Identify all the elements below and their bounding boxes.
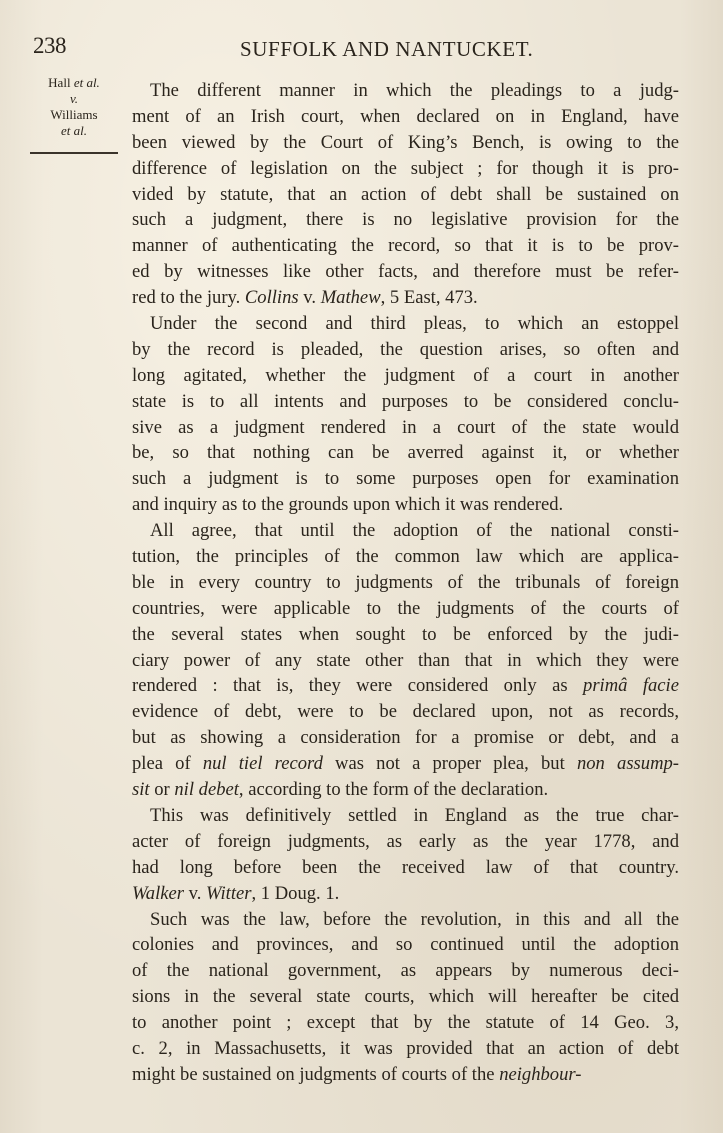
text-run: c. 2, in Massachusetts, it was provided … [132,1038,679,1059]
italic-text: sit [132,779,150,800]
text-run: difference of legislation on the subject… [132,158,679,179]
text-line: vided by statute, that an action of debt… [132,182,679,208]
text-line: had long before been the received law of… [132,855,679,881]
text-run: to another point ; except that by the st… [132,1012,679,1033]
text-line: sions in the several state courts, which… [132,984,679,1010]
text-run: state is to all intents and purposes to … [132,391,679,412]
text-line: red to the jury. Collins v. Mathew, 5 Ea… [132,285,679,311]
text-run: evidence of debt, were to be declared up… [132,701,679,722]
text-run: ble in every country to judgments of the… [132,572,679,593]
text-line: Such was the law, before the revolution,… [132,907,679,933]
text-run: All agree, that until the adoption of th… [150,520,679,541]
case-caption-margin-note: Hall et al. v. Williams et al. [28,75,120,139]
text-line: sit or nil debet, according to the form … [132,777,679,803]
plaintiff-suffix: et al. [74,75,100,90]
page-number: 238 [33,33,66,59]
text-line: ble in every country to judgments of the… [132,570,679,596]
paragraph: Under the second and third pleas, to whi… [132,311,679,518]
text-run: ciary power of any state other than that… [132,650,679,671]
text-line: such a judgment is to some purposes open… [132,466,679,492]
text-line: to another point ; except that by the st… [132,1010,679,1036]
text-line: manner of authenticating the record, so … [132,233,679,259]
italic-text: Witter [206,883,251,904]
margin-divider-rule [30,152,118,154]
text-run: been viewed by the Court of King’s Bench… [132,132,679,153]
text-run: , 5 East, 473. [381,287,478,308]
text-line: might be sustained on judgments of court… [132,1062,679,1088]
text-line: c. 2, in Massachusetts, it was provided … [132,1036,679,1062]
text-line: ed by witnesses like other facts, and th… [132,259,679,285]
text-run: had long before been the received law of… [132,857,679,878]
text-line: sive as a judgment rendered in a court o… [132,415,679,441]
italic-text: Collins [245,287,299,308]
text-line: be, so that nothing can be averred again… [132,440,679,466]
text-run: , according to the form of the declarati… [239,779,548,800]
paragraph: All agree, that until the adoption of th… [132,518,679,803]
italic-text: non assump- [577,753,679,774]
text-line: ciary power of any state other than that… [132,648,679,674]
italic-text: nil debet [174,779,239,800]
text-run: The different manner in which the pleadi… [150,80,679,101]
text-line: and inquiry as to the grounds upon which… [132,492,679,518]
text-run: , 1 Doug. 1. [252,883,340,904]
text-line: been viewed by the Court of King’s Bench… [132,130,679,156]
text-run: manner of authenticating the record, so … [132,235,679,256]
text-line: acter of foreign judgments, as early as … [132,829,679,855]
text-run: or [150,779,175,800]
text-run: of the national government, as appears b… [132,960,679,981]
plaintiff-name: Hall [48,75,70,90]
text-run: be, so that nothing can be averred again… [132,442,679,463]
text-run: sive as a judgment rendered in a court o… [132,417,679,438]
defendant-name: Williams [28,107,120,123]
text-line: The different manner in which the pleadi… [132,78,679,104]
text-line: of the national government, as appears b… [132,958,679,984]
text-line: countries, were applicable to the judgme… [132,596,679,622]
text-run: v. [299,287,321,308]
italic-text: neighbour- [499,1064,581,1085]
text-run: countries, were applicable to the judgme… [132,598,679,619]
text-run: red to the jury. [132,287,245,308]
text-run: rendered : that is, they were considered… [132,675,583,696]
italic-text: nul tiel record [203,753,323,774]
text-run: sions in the several state courts, which… [132,986,679,1007]
case-plaintiff: Hall et al. [28,75,120,91]
italic-text: Walker [132,883,184,904]
text-run: Under the second and third pleas, to whi… [150,313,679,334]
text-line: ment of an Irish court, when declared on… [132,104,679,130]
text-run: might be sustained on judgments of court… [132,1064,499,1085]
text-line: tution, the principles of the common law… [132,544,679,570]
case-versus: v. [28,91,120,107]
text-line: but as showing a consideration for a pro… [132,725,679,751]
paragraph: This was definitively settled in England… [132,803,679,907]
paragraph: The different manner in which the pleadi… [132,78,679,311]
text-line: evidence of debt, were to be declared up… [132,699,679,725]
text-run: plea of [132,753,203,774]
text-run: but as showing a consideration for a pro… [132,727,679,748]
italic-text: Mathew [321,287,381,308]
italic-text: primâ facie [583,675,679,696]
text-run: ed by witnesses like other facts, and th… [132,261,679,282]
text-run: ment of an Irish court, when declared on… [132,106,679,127]
text-run: and inquiry as to the grounds upon which… [132,494,563,515]
body-text: The different manner in which the pleadi… [132,78,679,1088]
text-run: vided by statute, that an action of debt… [132,184,679,205]
text-line: by the record is pleaded, the question a… [132,337,679,363]
text-line: such a judgment, there is no legislative… [132,207,679,233]
text-run: long agitated, whether the judgment of a… [132,365,679,386]
text-run: Such was the law, before the revolution,… [150,909,679,930]
text-run: by the record is pleaded, the question a… [132,339,679,360]
text-line: plea of nul tiel record was not a proper… [132,751,679,777]
running-head: SUFFOLK AND NANTUCKET. [240,37,533,62]
text-line: Under the second and third pleas, to whi… [132,311,679,337]
text-run: such a judgment is to some purposes open… [132,468,679,489]
text-run: colonies and provinces, and so continued… [132,934,679,955]
text-run: such a judgment, there is no legislative… [132,209,679,230]
text-run: was not a proper plea, but [323,753,577,774]
text-line: the several states when sought to be enf… [132,622,679,648]
paragraph: Such was the law, before the revolution,… [132,907,679,1088]
text-run: the several states when sought to be enf… [132,624,679,645]
text-run: tution, the principles of the common law… [132,546,679,567]
defendant-suffix: et al. [28,123,120,139]
text-line: long agitated, whether the judgment of a… [132,363,679,389]
text-line: state is to all intents and purposes to … [132,389,679,415]
text-line: colonies and provinces, and so continued… [132,932,679,958]
text-run: v. [184,883,206,904]
text-line: difference of legislation on the subject… [132,156,679,182]
text-line: This was definitively settled in England… [132,803,679,829]
text-line: rendered : that is, they were considered… [132,673,679,699]
text-line: Walker v. Witter, 1 Doug. 1. [132,881,679,907]
text-line: All agree, that until the adoption of th… [132,518,679,544]
text-run: This was definitively settled in England… [150,805,679,826]
text-run: acter of foreign judgments, as early as … [132,831,679,852]
